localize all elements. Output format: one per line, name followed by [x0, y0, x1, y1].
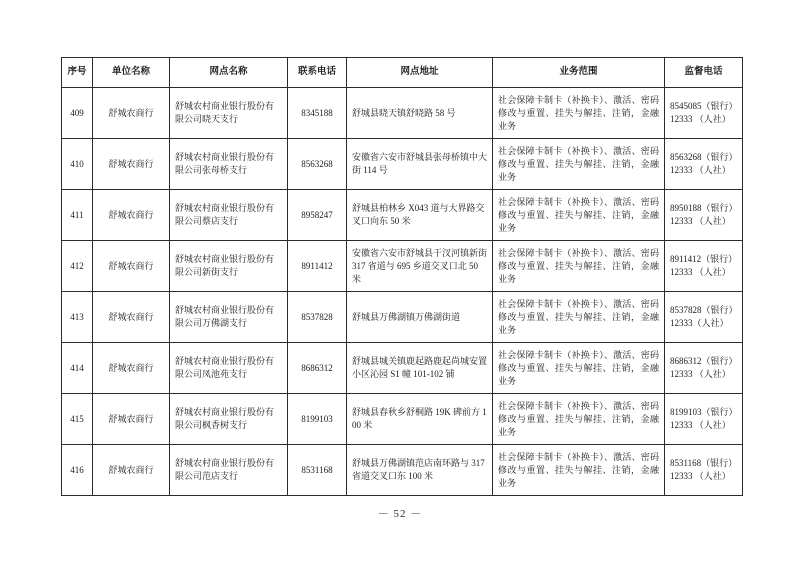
cell-branch-address: 舒城县晓天镇舒晓路 58 号: [347, 88, 493, 139]
cell-business-scope: 社会保障卡制卡（补换卡）、激活、密码修改与重置、挂失与解挂、注销，金融业务: [493, 139, 665, 190]
cell-contact-phone: 8345188: [288, 88, 347, 139]
cell-branch-name: 舒城农村商业银行股份有限公司张母桥支行: [170, 139, 288, 190]
cell-unit-name: 舒城农商行: [93, 292, 170, 343]
supervision-bank-phone: 8199103（银行）: [670, 406, 737, 419]
supervision-renshe-phone: 12333 （人社）: [670, 215, 737, 228]
cell-seq: 409: [62, 88, 93, 139]
cell-business-scope: 社会保障卡制卡（补换卡）、激活、密码修改与重置、挂失与解挂、注销，金融业务: [493, 445, 665, 496]
cell-contact-phone: 8531168: [288, 445, 347, 496]
cell-branch-address: 舒城县柏林乡 X043 道与大界路交叉口向东 50 米: [347, 190, 493, 241]
cell-branch-name: 舒城农村商业银行股份有限公司蔡店支行: [170, 190, 288, 241]
cell-supervision-phone: 8199103（银行）12333 （人社）: [665, 394, 743, 445]
cell-supervision-phone: 8563268（银行）12333 （人社）: [665, 139, 743, 190]
cell-business-scope: 社会保障卡制卡（补换卡）、激活、密码修改与重置、挂失与解挂、注销，金融业务: [493, 190, 665, 241]
supervision-bank-phone: 8563268（银行）: [670, 151, 737, 164]
cell-unit-name: 舒城农商行: [93, 88, 170, 139]
cell-seq: 411: [62, 190, 93, 241]
cell-supervision-phone: 8545085（银行）12333 （人社）: [665, 88, 743, 139]
supervision-bank-phone: 8545085（银行）: [670, 100, 737, 113]
supervision-renshe-phone: 12333 （人社）: [670, 470, 737, 483]
supervision-renshe-phone: 12333 （人社）: [670, 419, 737, 432]
supervision-renshe-phone: 12333（人社）: [670, 317, 737, 330]
table-body: 409舒城农商行舒城农村商业银行股份有限公司晓天支行8345188舒城县晓天镇舒…: [62, 88, 743, 496]
cell-seq: 413: [62, 292, 93, 343]
cell-contact-phone: 8686312: [288, 343, 347, 394]
cell-branch-name: 舒城农村商业银行股份有限公司枫香树支行: [170, 394, 288, 445]
header-seq: 序号: [62, 58, 93, 88]
cell-seq: 416: [62, 445, 93, 496]
header-branch-name: 网点名称: [170, 58, 288, 88]
table-header-row: 序号 单位名称 网点名称 联系电话 网点地址 业务范围 监督电话: [62, 58, 743, 88]
cell-unit-name: 舒城农商行: [93, 343, 170, 394]
page-number: － 52 －: [0, 505, 800, 521]
cell-supervision-phone: 8950188（银行）12333 （人社）: [665, 190, 743, 241]
cell-seq: 414: [62, 343, 93, 394]
supervision-bank-phone: 8531168（银行）: [670, 457, 737, 470]
cell-branch-address: 舒城县万佛湖镇范店南环路与 317 省道交叉口东 100 米: [347, 445, 493, 496]
cell-contact-phone: 8911412: [288, 241, 347, 292]
table-row: 413舒城农商行舒城农村商业银行股份有限公司万佛湖支行8537828舒城县万佛湖…: [62, 292, 743, 343]
cell-seq: 412: [62, 241, 93, 292]
table-row: 412舒城农商行舒城农村商业银行股份有限公司新街支行8911412安徽省六安市舒…: [62, 241, 743, 292]
cell-branch-name: 舒城农村商业银行股份有限公司范店支行: [170, 445, 288, 496]
cell-branch-address: 舒城县春秋乡舒桐路 19K 碑前方 100 米: [347, 394, 493, 445]
supervision-renshe-phone: 12333 （人社）: [670, 266, 737, 279]
cell-branch-address: 舒城县万佛湖镇万佛湖街道: [347, 292, 493, 343]
cell-branch-name: 舒城农村商业银行股份有限公司凤池苑支行: [170, 343, 288, 394]
cell-business-scope: 社会保障卡制卡（补换卡）、激活、密码修改与重置、挂失与解挂、注销，金融业务: [493, 343, 665, 394]
table-row: 416舒城农商行舒城农村商业银行股份有限公司范店支行8531168舒城县万佛湖镇…: [62, 445, 743, 496]
cell-business-scope: 社会保障卡制卡（补换卡）、激活、密码修改与重置、挂失与解挂、注销，金融业务: [493, 292, 665, 343]
cell-business-scope: 社会保障卡制卡（补换卡）、激活、密码修改与重置、挂失与解挂、注销，金融业务: [493, 88, 665, 139]
supervision-renshe-phone: 12333 （人社）: [670, 368, 737, 381]
cell-supervision-phone: 8531168（银行）12333 （人社）: [665, 445, 743, 496]
cell-branch-name: 舒城农村商业银行股份有限公司万佛湖支行: [170, 292, 288, 343]
header-supervision-phone: 监督电话: [665, 58, 743, 88]
supervision-renshe-phone: 12333 （人社）: [670, 164, 737, 177]
header-unit-name: 单位名称: [93, 58, 170, 88]
document-page: 序号 单位名称 网点名称 联系电话 网点地址 业务范围 监督电话 409舒城农商…: [0, 0, 800, 565]
cell-supervision-phone: 8686312（银行）12333 （人社）: [665, 343, 743, 394]
cell-branch-name: 舒城农村商业银行股份有限公司新街支行: [170, 241, 288, 292]
table-row: 414舒城农商行舒城农村商业银行股份有限公司凤池苑支行8686312舒城县城关镇…: [62, 343, 743, 394]
table-row: 410舒城农商行舒城农村商业银行股份有限公司张母桥支行8563268安徽省六安市…: [62, 139, 743, 190]
cell-unit-name: 舒城农商行: [93, 139, 170, 190]
cell-unit-name: 舒城农商行: [93, 241, 170, 292]
cell-branch-address: 安徽省六安市舒城县张母桥镇中大街 114 号: [347, 139, 493, 190]
cell-contact-phone: 8563268: [288, 139, 347, 190]
cell-contact-phone: 8199103: [288, 394, 347, 445]
supervision-bank-phone: 8537828（银行）: [670, 304, 737, 317]
supervision-bank-phone: 8950188（银行）: [670, 202, 737, 215]
cell-branch-address: 舒城县城关镇鹿起路鹿起尚城安置小区沁园 S1 幢 101-102 铺: [347, 343, 493, 394]
cell-business-scope: 社会保障卡制卡（补换卡）、激活、密码修改与重置、挂失与解挂、注销，金融业务: [493, 394, 665, 445]
cell-contact-phone: 8537828: [288, 292, 347, 343]
cell-unit-name: 舒城农商行: [93, 445, 170, 496]
cell-branch-address: 安徽省六安市舒城县干汊河镇新街 317 省道与 695 乡道交叉口北 50 米: [347, 241, 493, 292]
cell-contact-phone: 8958247: [288, 190, 347, 241]
cell-seq: 410: [62, 139, 93, 190]
cell-supervision-phone: 8537828（银行）12333（人社）: [665, 292, 743, 343]
table-row: 411舒城农商行舒城农村商业银行股份有限公司蔡店支行8958247舒城县柏林乡 …: [62, 190, 743, 241]
cell-supervision-phone: 8911412（银行）12333 （人社）: [665, 241, 743, 292]
table-row: 415舒城农商行舒城农村商业银行股份有限公司枫香树支行8199103舒城县春秋乡…: [62, 394, 743, 445]
supervision-bank-phone: 8686312（银行）: [670, 355, 737, 368]
cell-business-scope: 社会保障卡制卡（补换卡）、激活、密码修改与重置、挂失与解挂、注销，金融业务: [493, 241, 665, 292]
header-business-scope: 业务范围: [493, 58, 665, 88]
cell-unit-name: 舒城农商行: [93, 394, 170, 445]
cell-branch-name: 舒城农村商业银行股份有限公司晓天支行: [170, 88, 288, 139]
header-contact-phone: 联系电话: [288, 58, 347, 88]
bank-branch-table: 序号 单位名称 网点名称 联系电话 网点地址 业务范围 监督电话 409舒城农商…: [61, 57, 743, 496]
supervision-renshe-phone: 12333 （人社）: [670, 113, 737, 126]
cell-unit-name: 舒城农商行: [93, 190, 170, 241]
supervision-bank-phone: 8911412（银行）: [670, 253, 737, 266]
header-branch-address: 网点地址: [347, 58, 493, 88]
table-row: 409舒城农商行舒城农村商业银行股份有限公司晓天支行8345188舒城县晓天镇舒…: [62, 88, 743, 139]
cell-seq: 415: [62, 394, 93, 445]
